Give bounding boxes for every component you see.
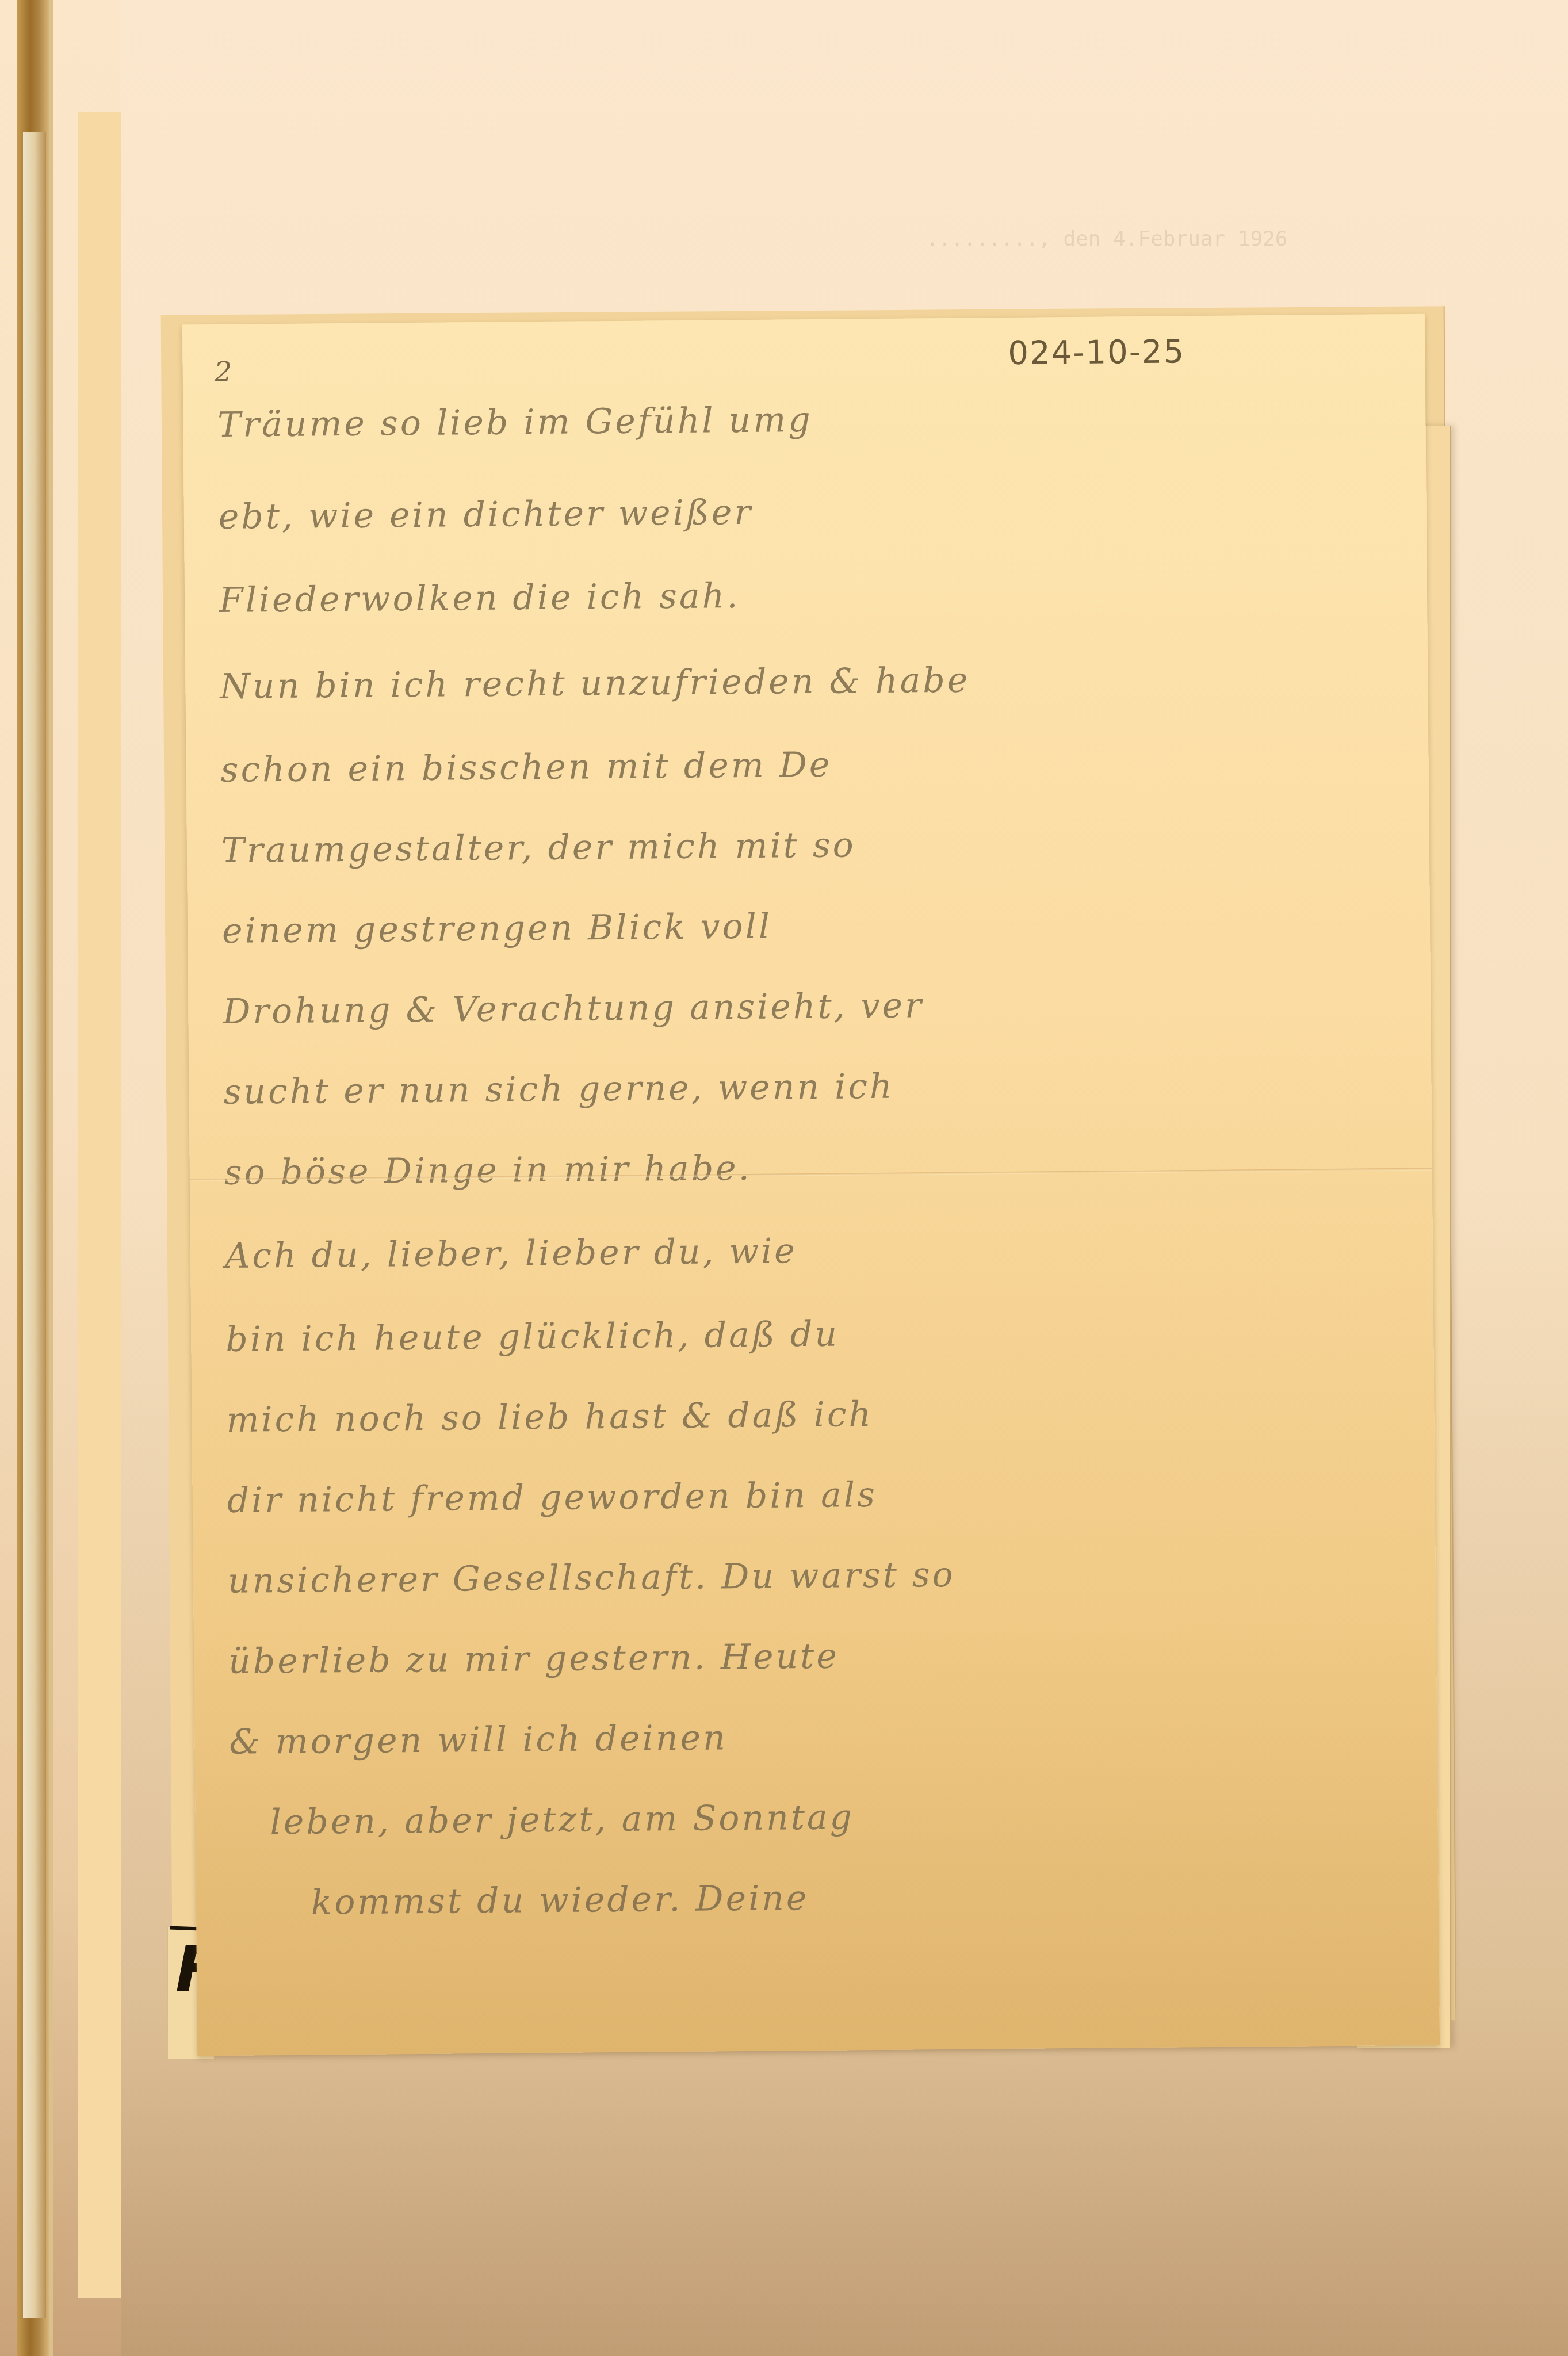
handwritten-line: einem gestrengen Blick voll — [222, 907, 772, 951]
handwritten-line: dir nicht fremd geworden bin als — [227, 1475, 877, 1521]
binder-inner-pages — [23, 132, 46, 2318]
handwritten-line: Drohung & Verachtung ansieht, ver — [223, 985, 924, 1032]
handwritten-line: leben, aber jetzt, am Sonntag — [270, 1797, 854, 1842]
handwritten-line: Fliederwolken die ich sah. — [219, 576, 740, 621]
handwritten-line: Träume so lieb im Gefühl umg — [217, 400, 813, 445]
handwritten-line: schon ein bisschen mit dem De — [220, 745, 832, 790]
handwritten-line: ebt, wie ein dichter weißer — [219, 492, 754, 537]
handwritten-line: so böse Dinge in mir habe. — [224, 1148, 752, 1193]
handwritten-line: Nun bin ich recht unzufrieden & habe — [220, 660, 970, 707]
handwritten-line: Traumgestalter, der mich mit so — [221, 825, 856, 871]
handwritten-line: mich noch so lieb hast & daß ich — [226, 1394, 873, 1440]
handwritten-letter-page: 2 024-10-25 Träume so lieb im Gefühl umg… — [182, 314, 1440, 2056]
handwritten-line: überlieb zu mir gestern. Heute — [228, 1636, 839, 1682]
typed-dateline: ........., den 4.Februar 1926 — [926, 227, 1288, 251]
archive-id: 024-10-25 — [1008, 333, 1185, 372]
handwritten-line: kommst du wieder. Deine — [311, 1878, 809, 1923]
handwritten-line: unsicherer Gesellschaft. Du warst so — [228, 1555, 955, 1601]
handwritten-line: sucht er nun sich gerne, wenn ich — [223, 1066, 894, 1112]
handwritten-line: bin ich heute glücklich, daß du — [225, 1314, 839, 1360]
handwritten-line: & morgen will ich deinen — [229, 1718, 728, 1762]
paper-tab-strip — [78, 112, 121, 2298]
binder-edge — [49, 0, 53, 2356]
page-number: 2 — [214, 356, 232, 388]
handwritten-line: Ach du, lieber, lieber du, wie — [225, 1231, 797, 1276]
